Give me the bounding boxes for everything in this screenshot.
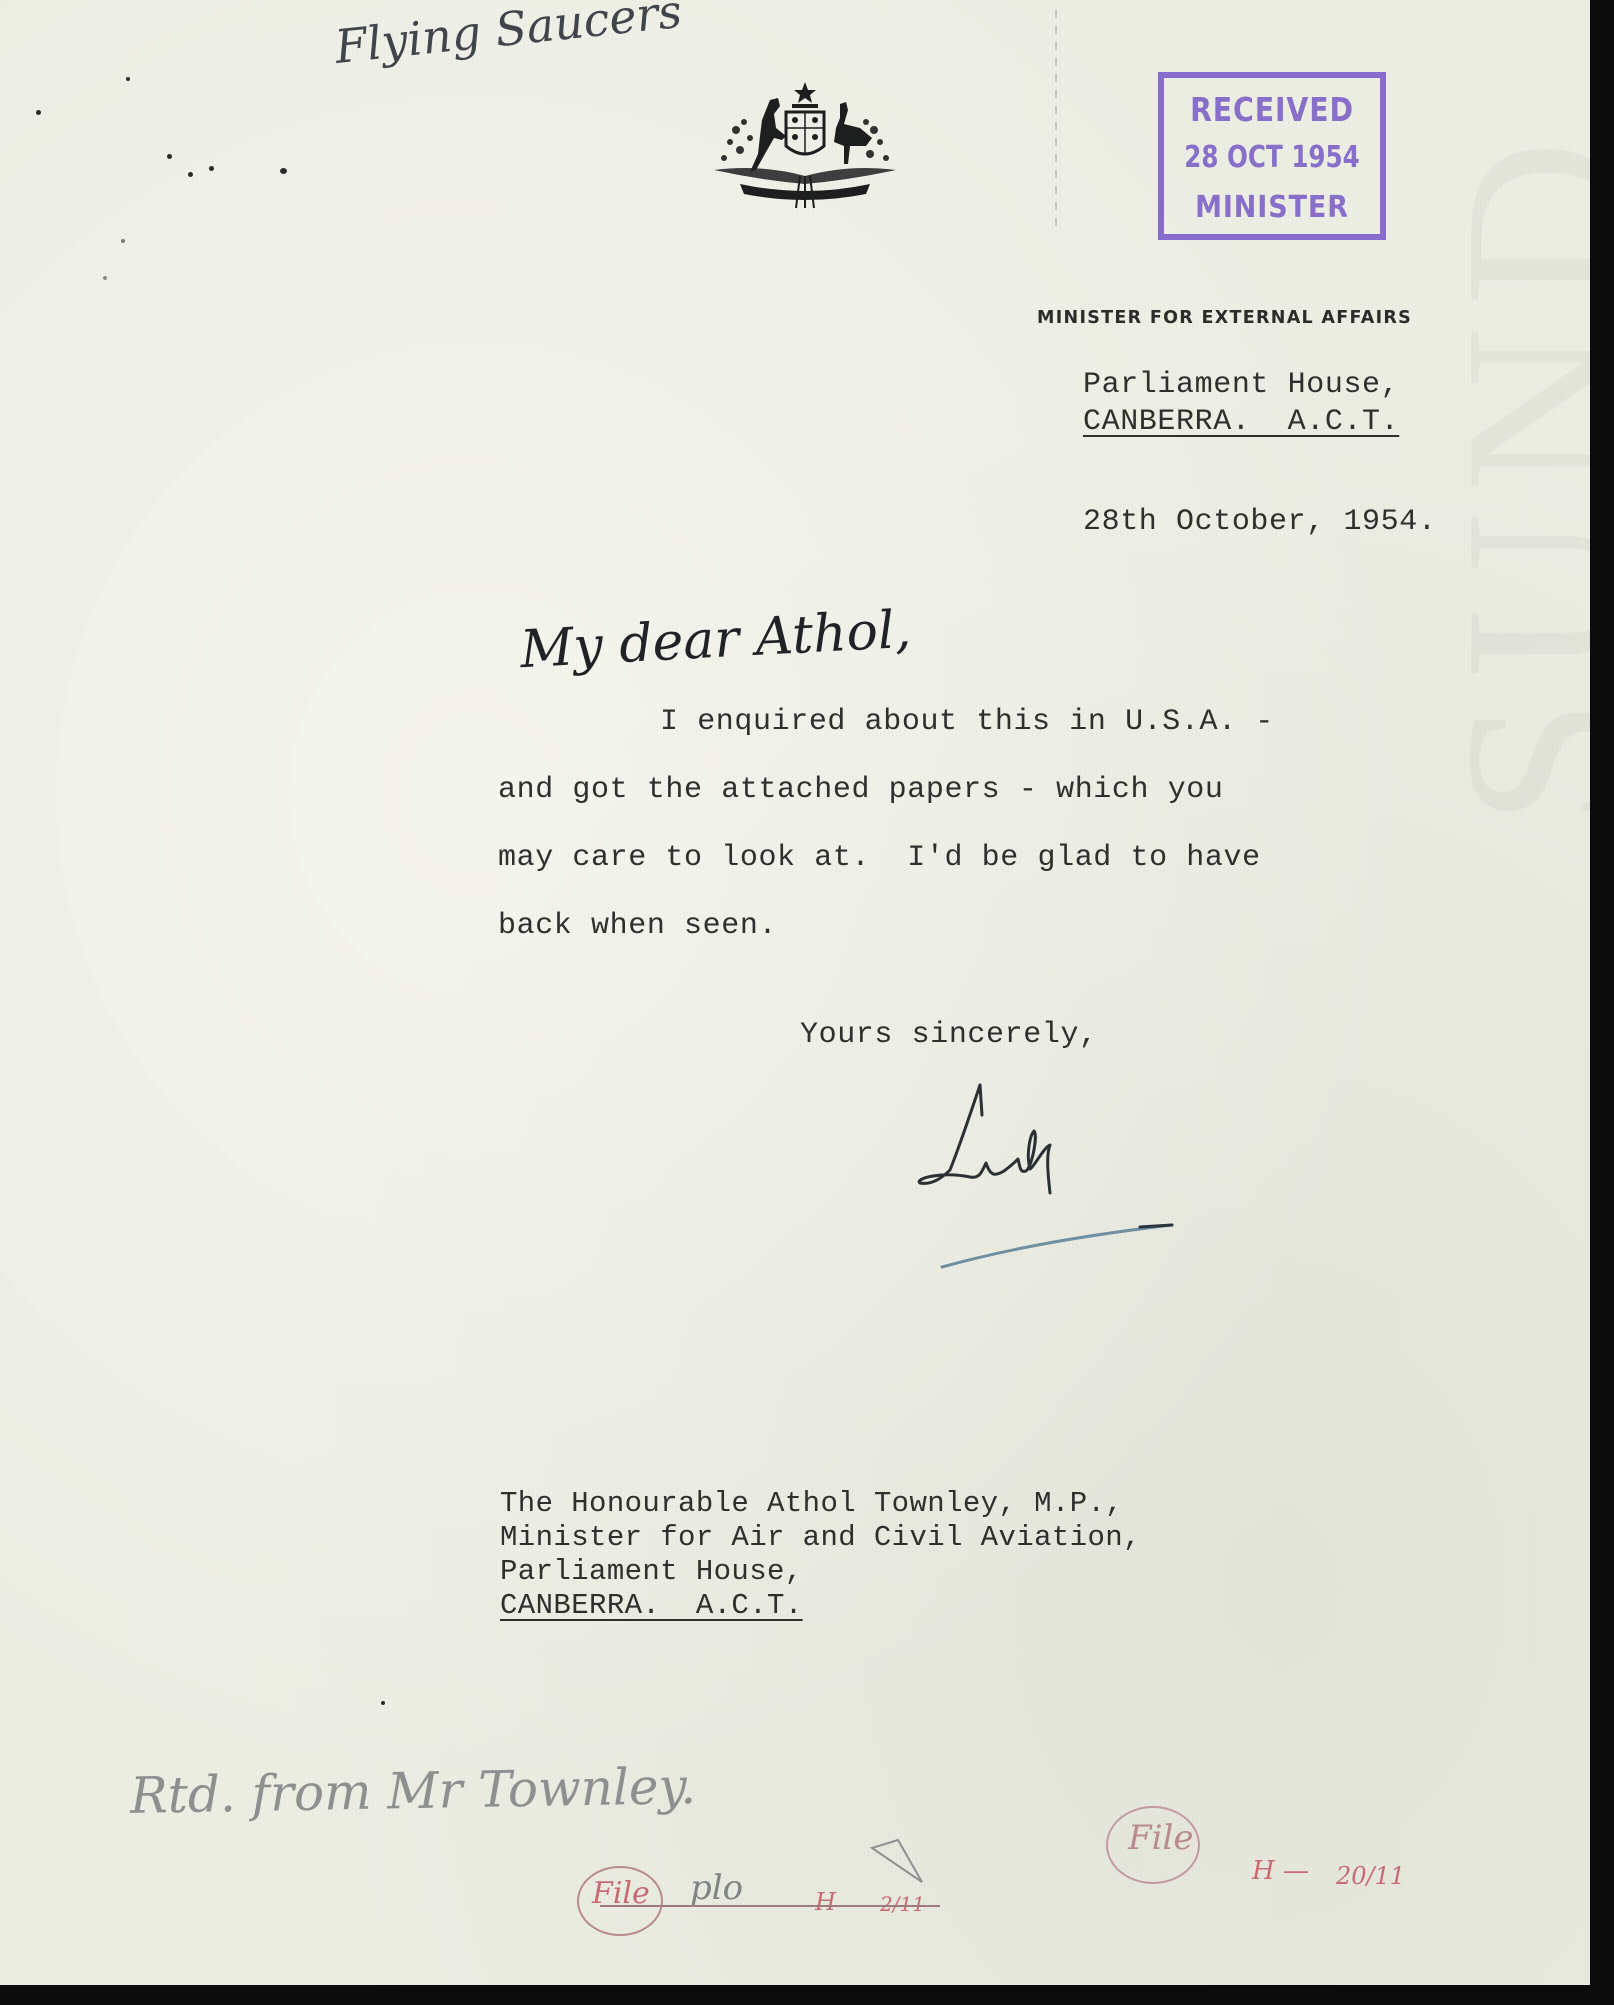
recipient-line-2: Minister for Air and Civil Aviation, (500, 1521, 1141, 1554)
speck (188, 172, 193, 177)
pencil-triangle-mark (868, 1838, 928, 1888)
received-stamp: RECEIVED 28 OCT 1954 MINISTER (1158, 72, 1386, 240)
speck (209, 166, 214, 171)
letterhead-title: MINISTER FOR EXTERNAL AFFAIRS (1037, 308, 1412, 328)
letter-closing: Yours sincerely, (800, 1018, 1098, 1052)
file-note-initials: H (815, 1888, 836, 1916)
recipient-line-3: Parliament House, (500, 1555, 803, 1588)
stamp-office: MINISTER (1175, 190, 1369, 225)
file-note-struck: plo (690, 1868, 743, 1908)
body-line-4: back when seen. (498, 909, 777, 943)
speck (36, 110, 41, 115)
handwritten-file-note: Flying Saucers (332, 0, 684, 74)
speck (381, 1701, 385, 1705)
body-line-3: may care to look at. I'd be glad to have (498, 841, 1261, 875)
recipient-line-1: The Honourable Athol Townley, M.P., (500, 1487, 1123, 1520)
file-initials-2: H — (1252, 1856, 1309, 1886)
australian-coat-of-arms-icon (700, 80, 910, 210)
speck (167, 154, 172, 159)
letter-date: 28th October, 1954. (1083, 505, 1436, 539)
strike-through-line (600, 1905, 940, 1907)
scan-border (0, 1985, 1614, 2005)
body-line-1: I enquired about this in U.S.A. - (660, 705, 1274, 739)
speck (121, 239, 125, 243)
body-line-2: and got the attached papers - which you (498, 773, 1224, 807)
signature-underline (940, 1215, 1175, 1275)
speck (103, 276, 107, 280)
file-date-2: 20/11 (1336, 1862, 1405, 1890)
sender-address-line1: Parliament House, (1083, 368, 1399, 402)
recipient-line-4: CANBERRA. A.C.T. (500, 1589, 803, 1622)
stamp-date: 28 OCT 1954 (1183, 140, 1360, 175)
handwritten-returned-note: Rtd. from Mr Townley. (130, 1757, 697, 1825)
speck (280, 168, 287, 174)
sender-address-line2: CANBERRA. A.C.T. (1083, 405, 1399, 439)
handwritten-salutation: My dear Athol, (519, 600, 913, 680)
signature (890, 1075, 1090, 1205)
fold-mark (1055, 10, 1057, 230)
file-label-2: File (1128, 1818, 1193, 1858)
speck (126, 77, 130, 81)
letter-page: SUND Flying Saucers (0, 0, 1590, 1985)
file-note-date: 2/11 (880, 1892, 925, 1916)
reverse-side-bleed-through: SUND (1420, 120, 1590, 826)
stamp-received-label: RECEIVED (1179, 90, 1365, 129)
